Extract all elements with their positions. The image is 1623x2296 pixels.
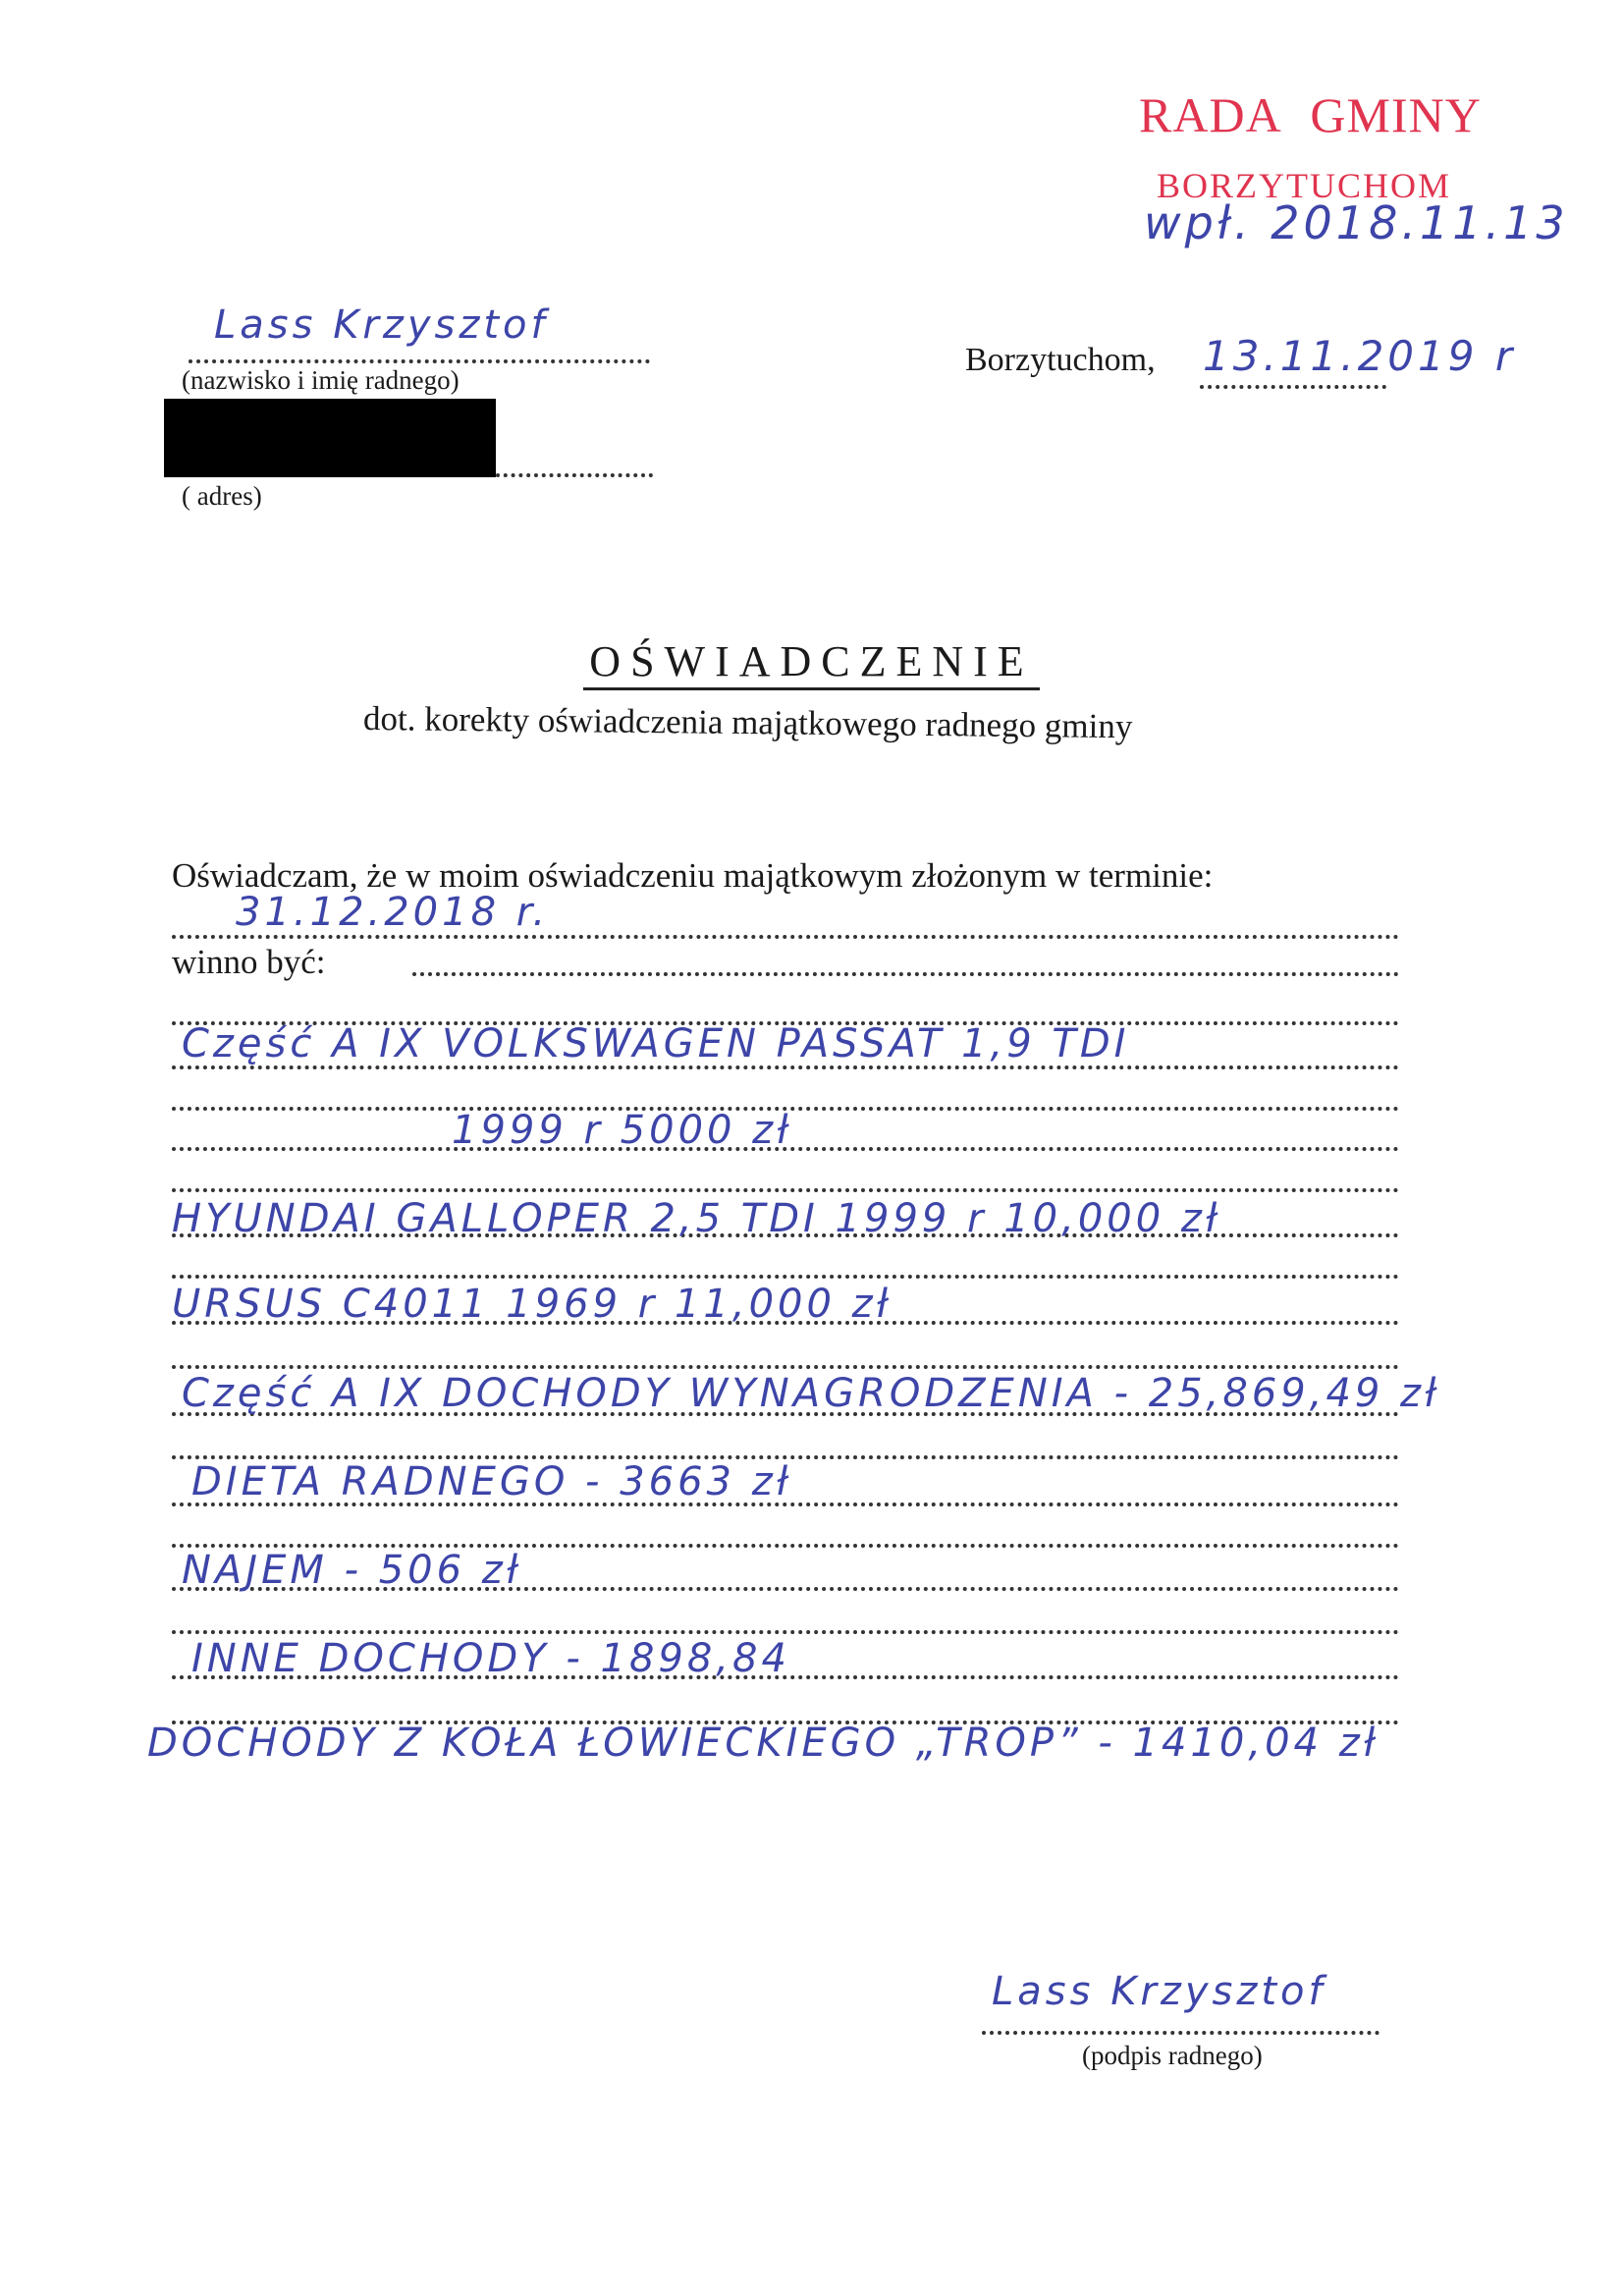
deadline-value: 31.12.2018 r.: [236, 890, 549, 935]
place-label: Borzytuchom,: [965, 342, 1156, 379]
date-value: 13.11.2019 r: [1203, 332, 1516, 380]
dotted-line: [412, 972, 1399, 976]
entry-vehicle-hyundai: HYUNDAI GALLOPER 2,5 TDI 1999 r 10,000 z…: [172, 1196, 1220, 1241]
entry-vehicle-ursus: URSUS C4011 1969 r 11,000 zł: [172, 1282, 892, 1327]
document-title: OŚWIADCZENIE: [0, 636, 1623, 686]
address-label: ( adres): [182, 481, 262, 512]
name-label: (nazwisko i imię radnego): [182, 365, 460, 396]
entry-income-other: INNE DOCHODY - 1898,84: [191, 1636, 790, 1681]
entry-income-hunting-club: DOCHODY Z KOŁA ŁOWIECKIEGO „TROP” - 1410…: [147, 1721, 1379, 1766]
entry-income-salary: Część A IX DOCHODY WYNAGRODZENIA - 25,86…: [182, 1371, 1440, 1416]
entry-vehicle-passat: Część A IX VOLKSWAGEN PASSAT 1,9 TDI: [182, 1021, 1129, 1066]
name-dotted-line: [189, 359, 650, 363]
dotted-line: [172, 1630, 1399, 1634]
dotted-line: [172, 1365, 1399, 1369]
address-dotted-line: [496, 473, 653, 477]
should-be-label: winno być:: [172, 943, 326, 982]
redacted-address: [164, 399, 496, 477]
entry-passat-year-value: 1999 r 5000 zł: [452, 1108, 792, 1153]
dotted-line: [172, 1275, 1399, 1279]
signature-dotted-line: [982, 2031, 1380, 2035]
document-subtitle: dot. korekty oświadczenia majątkowego ra…: [363, 699, 1133, 746]
entry-income-allowance: DIETA RADNEGO - 3663 zł: [191, 1459, 791, 1504]
date-dotted-line: [1200, 385, 1386, 389]
entry-income-rent: NAJEM - 506 zł: [182, 1548, 521, 1593]
stamp-council-name: RADA GMINY: [1139, 86, 1482, 143]
dotted-line: [172, 935, 1399, 939]
received-note: wpł. 2018.11.13: [1144, 196, 1569, 249]
dotted-line: [172, 1188, 1399, 1192]
councillor-name-value: Lass Krzysztof: [214, 302, 549, 348]
signature-value: Lass Krzysztof: [992, 1969, 1326, 2014]
signature-label: (podpis radnego): [1082, 2041, 1263, 2071]
